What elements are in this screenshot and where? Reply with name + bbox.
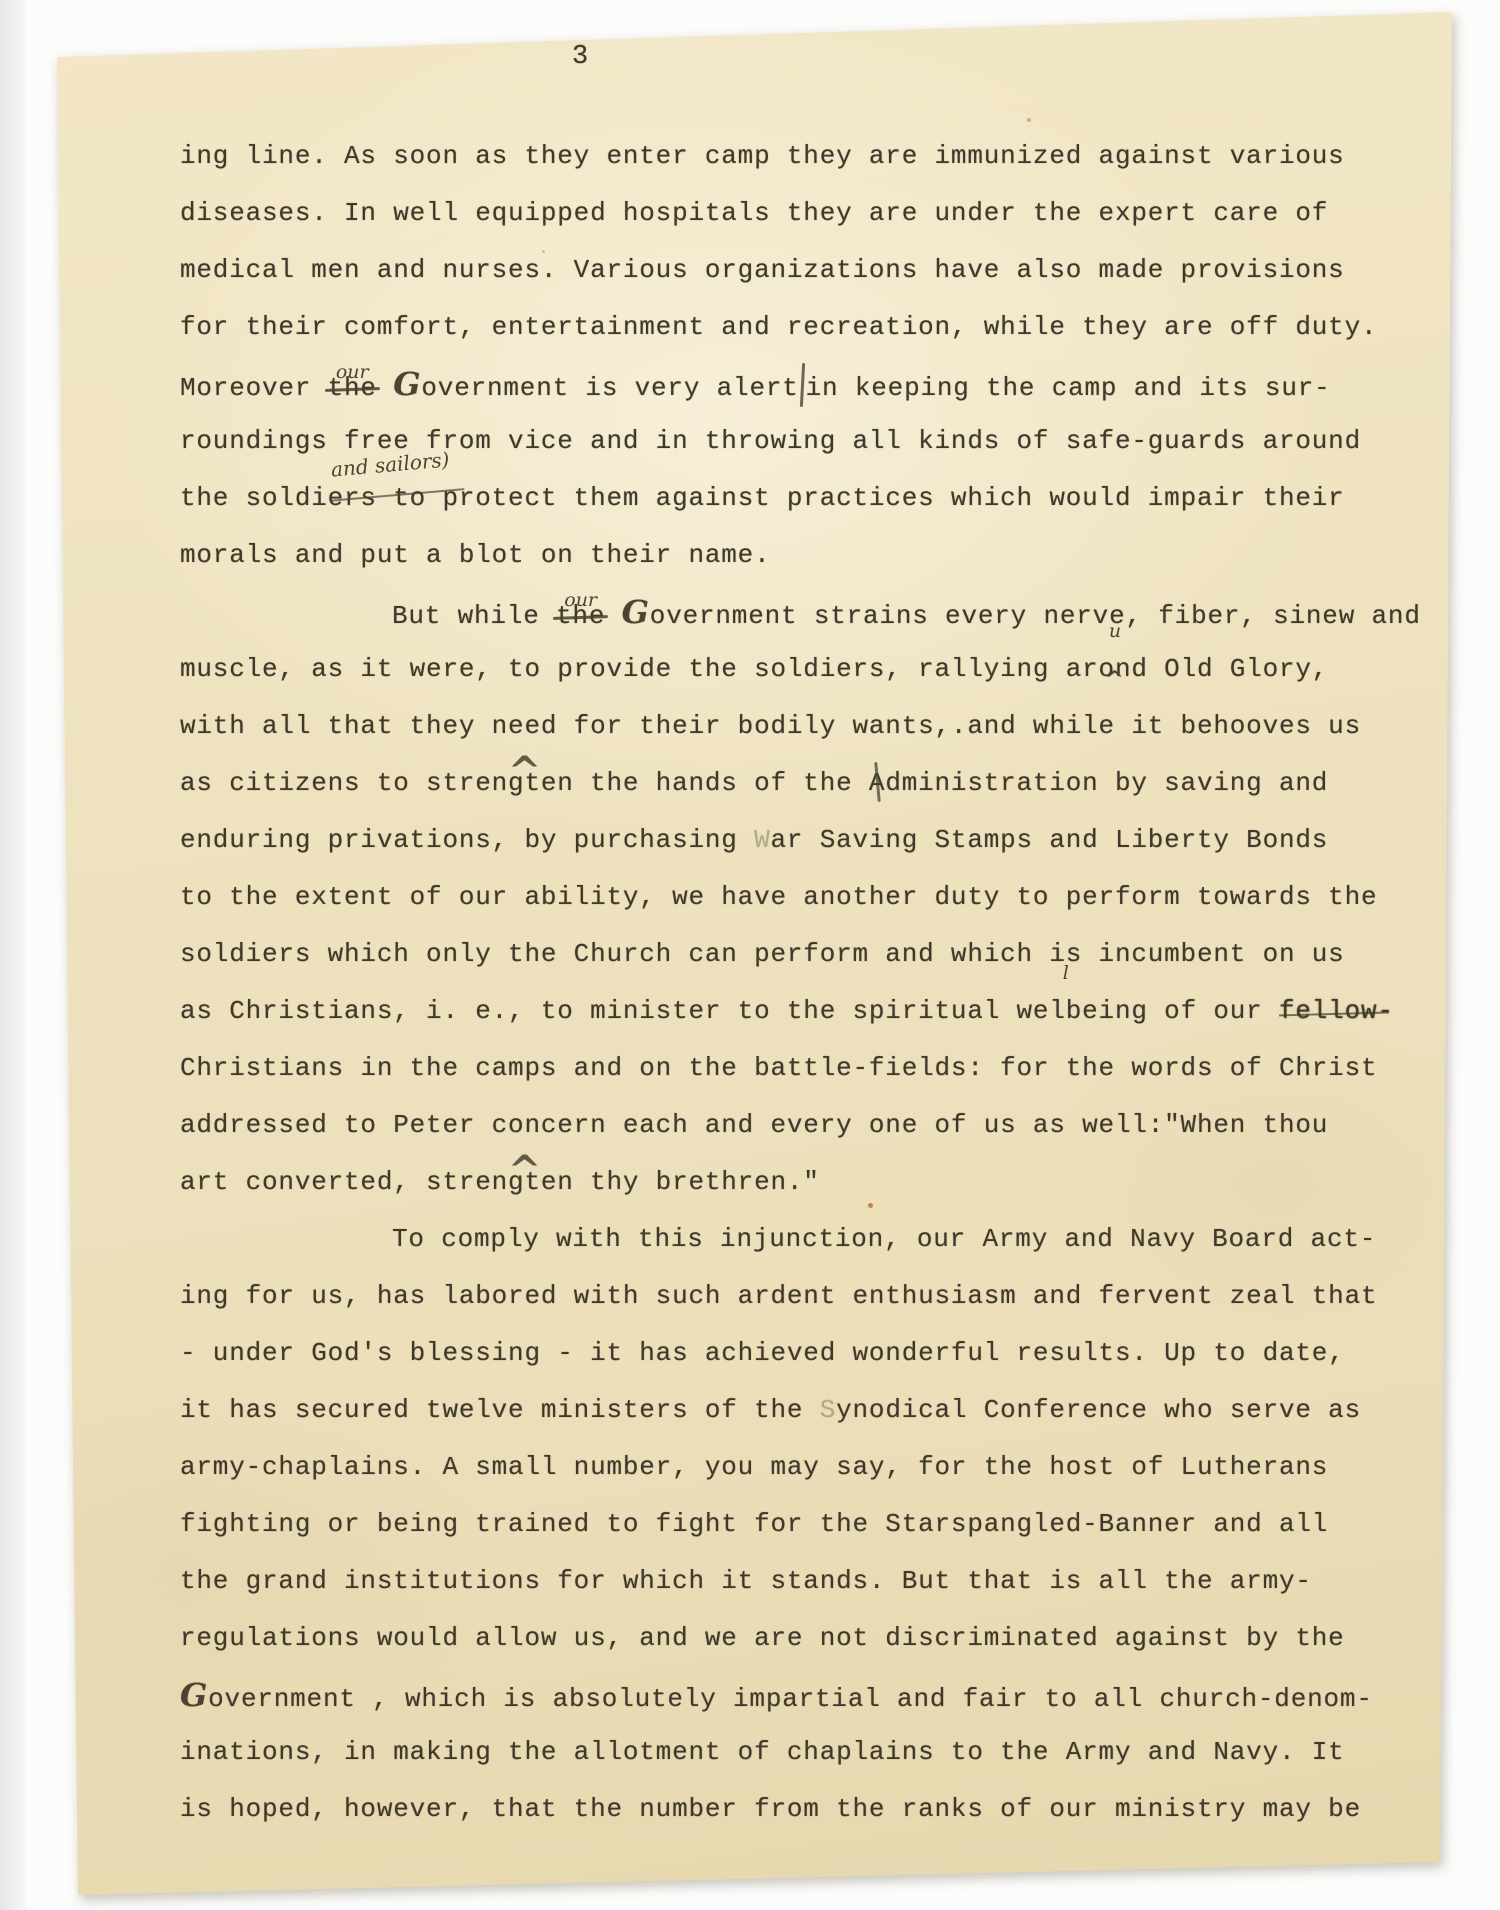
- handwritten-note: toand sailors): [393, 470, 426, 527]
- document-line-9: But while theour Government strains ever…: [180, 584, 1440, 641]
- typed-text: overnment is very alert: [421, 373, 798, 403]
- typed-text: S: [820, 1395, 836, 1425]
- document-line-10: muscle, as it were, to provide the soldi…: [180, 641, 1440, 698]
- document-line-24: army-chaplains. A small number, you may …: [180, 1439, 1440, 1496]
- handwritten-text: and sailors): [327, 430, 464, 501]
- typed-text: ten thy brethren.": [524, 1167, 819, 1197]
- typed-text: soldiers which only the Church can perfo…: [180, 939, 1345, 969]
- document-line-11: with all that they need for their bodily…: [180, 698, 1440, 755]
- typed-text: army-chaplains. A small number, you may …: [180, 1452, 1328, 1482]
- document-line-20: To comply with this injunction, our Army…: [180, 1211, 1440, 1268]
- handwritten-text: ^: [508, 752, 542, 792]
- document-line-2: diseases. In well equipped hospitals the…: [180, 185, 1440, 242]
- paper-speck: [1027, 118, 1031, 122]
- typed-text: protect them against practices which wou…: [426, 483, 1345, 513]
- typed-text: A: [869, 755, 885, 812]
- handwritten-text: l: [1063, 964, 1069, 983]
- document-line-12: as citizens to streng^ten the hands of t…: [180, 755, 1440, 812]
- typed-text: it has secured twelve ministers of the: [180, 1395, 820, 1425]
- typed-text: To comply with this injunction, our Army…: [392, 1224, 1376, 1254]
- typed-text: fellow-: [1279, 983, 1394, 1040]
- handwritten-capital-letter: G: [393, 365, 421, 403]
- handwritten-insertion: theour: [328, 360, 377, 417]
- document-line-3: medical men and nurses. Various organiza…: [180, 242, 1440, 299]
- paper-speck: [868, 1203, 873, 1208]
- typed-text: muscle, as it were, to provide the soldi…: [180, 654, 1115, 684]
- typed-text: - under God's blessing - it has achieved…: [180, 1338, 1345, 1368]
- document-line-4: for their comfort, entertainment and rec…: [180, 299, 1440, 356]
- typed-text: regulations would allow us, and we are n…: [180, 1623, 1345, 1653]
- document-line-17: Christians in the camps and on the battl…: [180, 1040, 1440, 1097]
- text-block: ing line. As soon as they enter camp the…: [180, 128, 1440, 1838]
- typed-text: dministration by saving and: [885, 768, 1328, 798]
- typed-text: ynodical Conference who serve as: [836, 1395, 1361, 1425]
- typed-text: inations, in making the allotment of cha…: [180, 1737, 1345, 1767]
- typed-text: diseases. In well equipped hospitals the…: [180, 198, 1328, 228]
- document-line-1: ing line. As soon as they enter camp the…: [180, 128, 1440, 185]
- typed-text: is hoped, however, that the number from …: [180, 1794, 1361, 1824]
- typed-text: medical men and nurses. Various organiza…: [180, 255, 1345, 285]
- document-line-26: the grand institutions for which it stan…: [180, 1553, 1440, 1610]
- page-content: 3 ing line. As soon as they enter camp t…: [0, 0, 1500, 1910]
- handwritten-text: our: [564, 591, 597, 610]
- typed-text: with all that they need for their bodily…: [180, 711, 1361, 741]
- document-line-19: art converted, streng^ten thy brethren.": [180, 1154, 1440, 1211]
- document-line-13: enduring privations, by purchasing War S…: [180, 812, 1440, 869]
- handwritten-insertion: theour: [556, 588, 605, 645]
- typed-text: for their comfort, entertainment and rec…: [180, 312, 1377, 342]
- typed-text: as citizens to streng: [180, 768, 524, 798]
- typed-text: morals and put a blot on their name.: [180, 540, 771, 570]
- handwritten-capital-letter: G: [180, 1676, 208, 1714]
- typed-text: But while: [392, 601, 556, 631]
- typed-text: Moreover: [180, 373, 328, 403]
- document-line-14: to the extent of our ability, we have an…: [180, 869, 1440, 926]
- typed-text: ing for us, has labored with such ardent…: [180, 1281, 1377, 1311]
- typed-text: overnment , which is absolutely impartia…: [208, 1684, 1373, 1714]
- document-line-27: regulations would allow us, and we are n…: [180, 1610, 1440, 1667]
- typed-text: being of our: [1066, 996, 1279, 1026]
- typed-text: as Christians, i. e., to minister to the…: [180, 996, 1066, 1026]
- document-line-22: - under God's blessing - it has achieved…: [180, 1325, 1440, 1382]
- typed-text: fighting or being trained to fight for t…: [180, 1509, 1328, 1539]
- handwritten-text: our: [336, 363, 369, 382]
- document-line-30: is hoped, however, that the number from …: [180, 1781, 1440, 1838]
- page-number: 3: [572, 42, 588, 72]
- document-line-25: fighting or being trained to fight for t…: [180, 1496, 1440, 1553]
- document-line-29: inations, in making the allotment of cha…: [180, 1724, 1440, 1781]
- typed-text: W: [754, 825, 770, 855]
- document-line-23: it has secured twelve ministers of the S…: [180, 1382, 1440, 1439]
- typed-text: overnment strains every nerve, fiber, si…: [650, 601, 1421, 631]
- typed-text: ing line. As soon as they enter camp the…: [180, 141, 1345, 171]
- typed-text: the grand institutions for which it stan…: [180, 1566, 1312, 1596]
- typed-text: art converted, streng: [180, 1167, 524, 1197]
- document-line-5: Moreover theour Government is very alert…: [180, 356, 1440, 413]
- pen-stroke-mark: [800, 363, 805, 407]
- handwritten-text: u: [1109, 622, 1121, 641]
- typed-text: addressed to Peter concern each and ever…: [180, 1110, 1328, 1140]
- typed-text: enduring privations, by purchasing: [180, 825, 754, 855]
- handwritten-text: ^: [508, 1151, 542, 1191]
- scanned-document: 3 ing line. As soon as they enter camp t…: [0, 0, 1500, 1910]
- typed-text: Christians in the camps and on the battl…: [180, 1053, 1377, 1083]
- typed-text: in keeping the camp and its sur-: [806, 373, 1331, 403]
- document-line-15: soldiers which only the Church can perfo…: [180, 926, 1440, 983]
- typed-text: ten the hands of the: [524, 768, 868, 798]
- document-line-18: addressed to Peter concern each and ever…: [180, 1097, 1440, 1154]
- typed-text: nd Old Glory,: [1115, 654, 1328, 684]
- document-line-8: morals and put a blot on their name.: [180, 527, 1440, 584]
- document-line-21: ing for us, has labored with such ardent…: [180, 1268, 1440, 1325]
- typed-text: ar Saving Stamps and Liberty Bonds: [771, 825, 1329, 855]
- document-line-16: as Christians, i. e., to minister to the…: [180, 983, 1440, 1040]
- document-line-7: the soldiers toand sailors) protect them…: [180, 470, 1440, 527]
- typed-text: to the extent of our ability, we have an…: [180, 882, 1377, 912]
- paper-speck: [542, 250, 545, 253]
- handwritten-capital-letter: G: [622, 593, 650, 631]
- document-line-28: Government , which is absolutely imparti…: [180, 1667, 1440, 1724]
